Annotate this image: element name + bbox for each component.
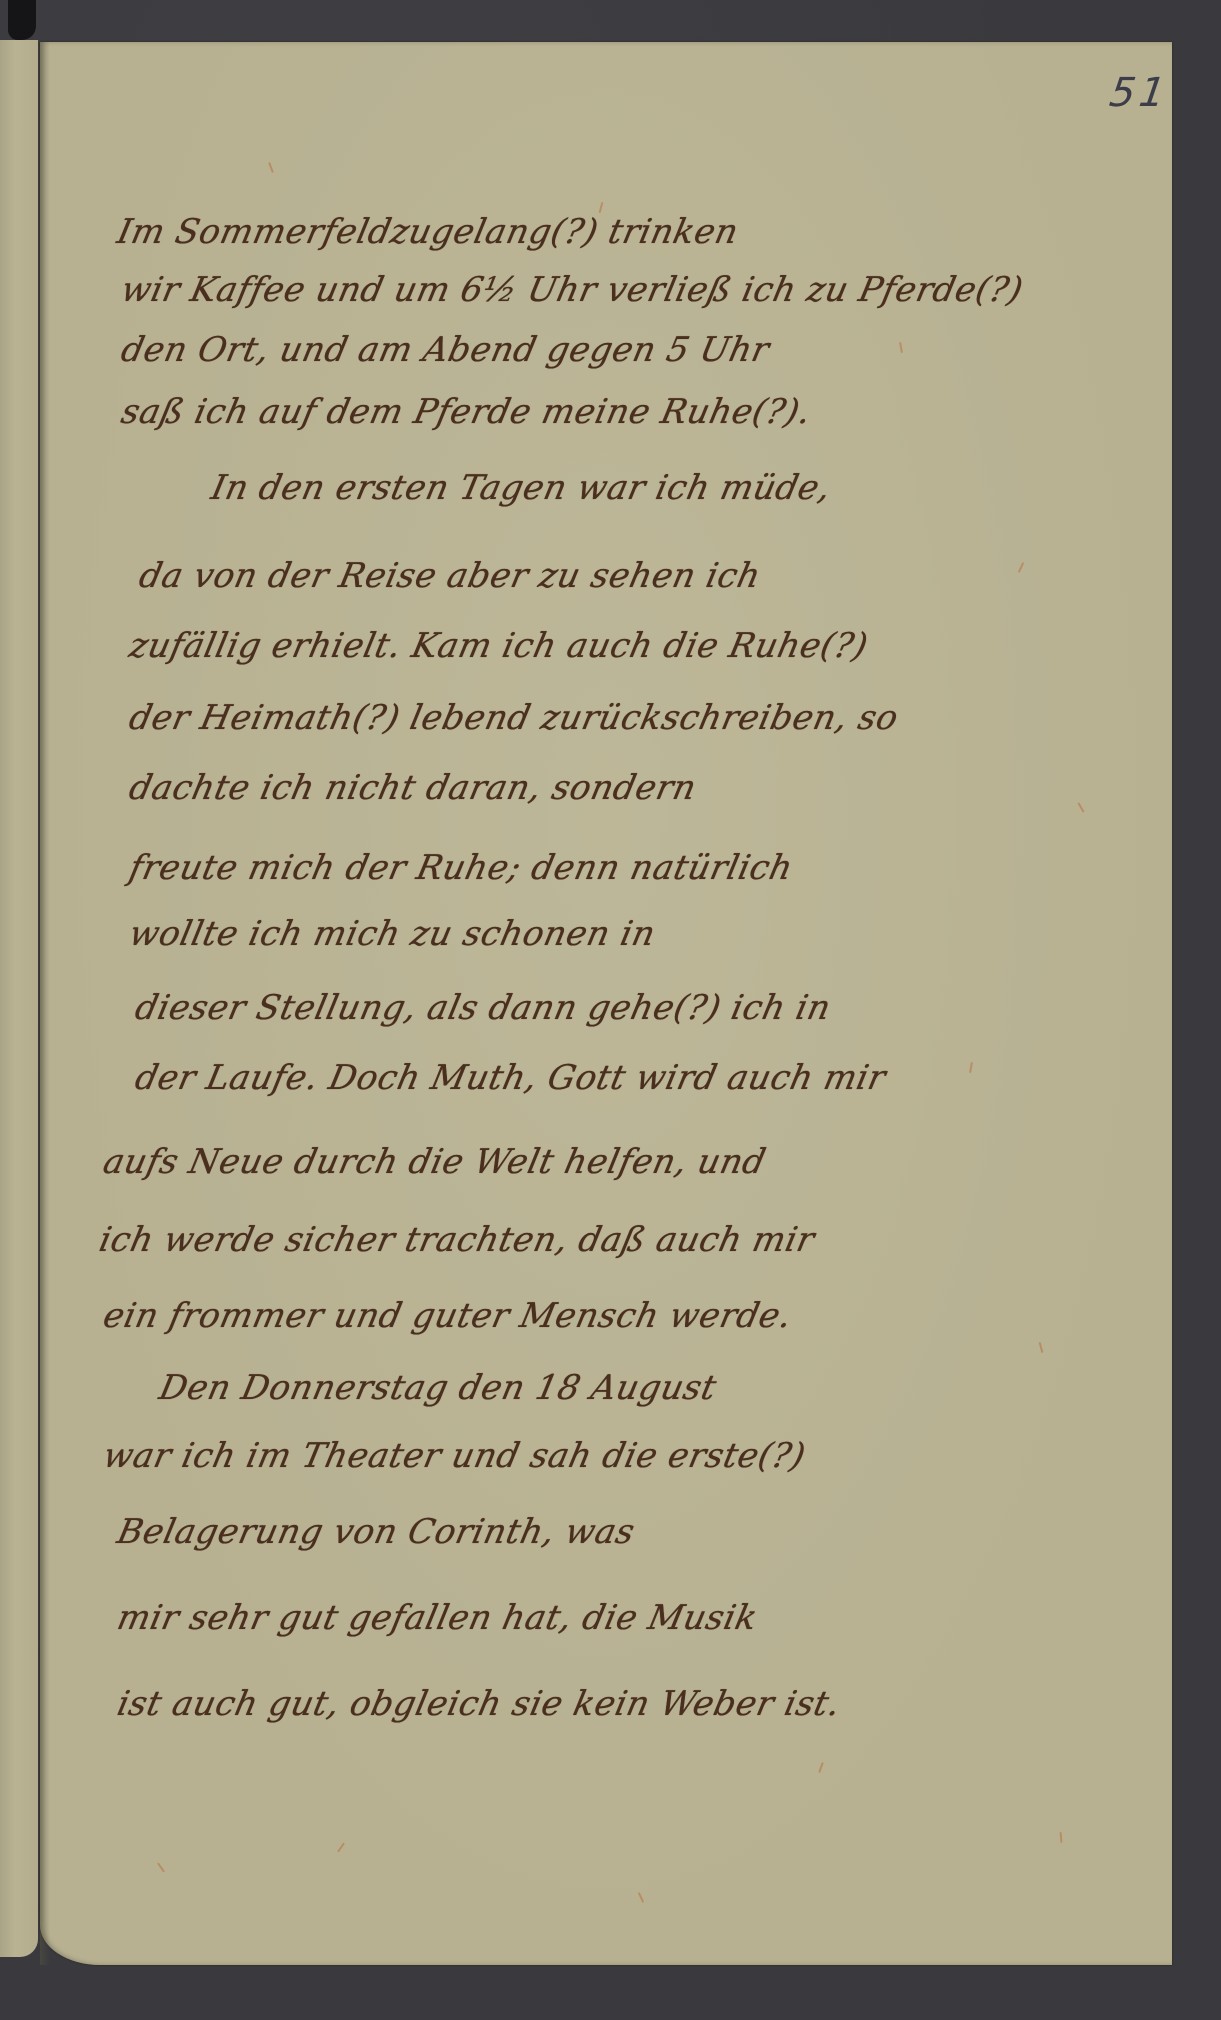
paper-fiber xyxy=(1039,1342,1044,1353)
handwritten-line: ein frommer und guter Mensch werde. xyxy=(100,1296,796,1336)
handwritten-line: den Ort, und am Abend gegen 5 Uhr xyxy=(118,330,773,370)
paper-fiber xyxy=(1060,1832,1063,1843)
paper-fiber xyxy=(337,1842,345,1852)
page-number: 51 xyxy=(1107,70,1172,116)
handwritten-line: ist auch gut, obgleich sie kein Weber is… xyxy=(114,1684,844,1724)
handwritten-line: der Laufe. Doch Muth, Gott wird auch mir xyxy=(132,1058,890,1098)
handwritten-line: Belagerung von Corinth, was xyxy=(114,1512,639,1552)
previous-page-edge xyxy=(0,40,38,1957)
paper-fiber xyxy=(899,342,903,353)
binding-spine xyxy=(8,0,36,40)
paper-fiber xyxy=(268,162,274,173)
paper-fiber xyxy=(638,1892,644,1903)
handwritten-line: dieser Stellung, als dann gehe(?) ich in xyxy=(132,988,835,1028)
handwritten-line: saß ich auf dem Pferde meine Ruhe(?). xyxy=(118,392,815,432)
handwritten-line: mir sehr gut gefallen hat, die Musik xyxy=(114,1598,761,1638)
handwritten-line: zufällig erhielt. Kam ich auch die Ruhe(… xyxy=(126,626,872,666)
handwritten-line: der Heimath(?) lebend zurückschreiben, s… xyxy=(126,698,902,738)
handwritten-line: Den Donnerstag den 18 August xyxy=(156,1368,720,1408)
handwritten-line: freute mich der Ruhe; denn natürlich xyxy=(126,848,797,888)
handwritten-line: dachte ich nicht daran, sondern xyxy=(126,768,700,808)
handwritten-line: In den ersten Tagen war ich müde, xyxy=(208,468,835,508)
handwritten-line: wir Kaffee und um 6½ Uhr verließ ich zu … xyxy=(118,270,1027,310)
handwritten-line: Im Sommerfeldzugelang(?) trinken xyxy=(114,212,742,252)
paper-fiber xyxy=(1077,802,1084,813)
paper-fiber xyxy=(969,1062,973,1073)
paper-fiber xyxy=(1018,562,1024,573)
paper-fiber xyxy=(157,1862,165,1872)
binding-fold-shadow xyxy=(40,42,50,1965)
paper-fiber xyxy=(818,1762,824,1773)
handwritten-line: wollte ich mich zu schonen in xyxy=(126,914,659,954)
handwritten-line: war ich im Theater und sah die erste(?) xyxy=(100,1436,810,1476)
handwritten-line: ich werde sicher trachten, daß auch mir xyxy=(96,1220,819,1260)
manuscript-page: 51 Im Sommerfeldzugelang(?) trinkenwir K… xyxy=(40,42,1172,1965)
handwritten-line: da von der Reise aber zu sehen ich xyxy=(136,556,765,596)
handwritten-line: aufs Neue durch die Welt helfen, und xyxy=(100,1142,770,1182)
